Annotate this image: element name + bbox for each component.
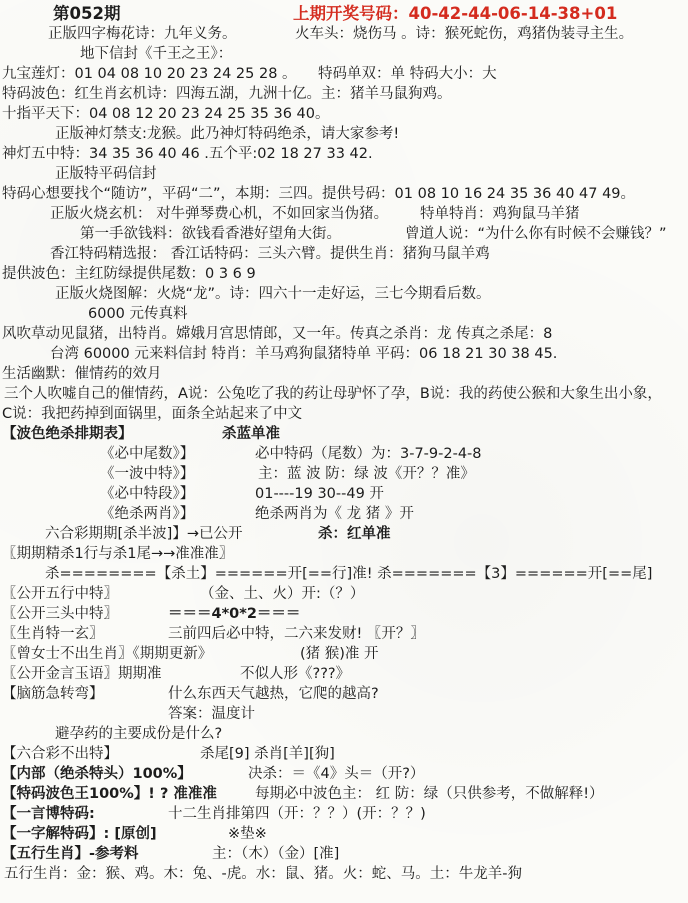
one-wave-line: 《一波中特》】主：蓝 波 防：绿 波《开？？准》 xyxy=(0,464,688,484)
one-word-special-line: 【一言博特码:十二生肖排第四（开：？？）(开：？？) xyxy=(0,804,688,824)
xiangjiang-report-text: 香江特码精选报： 香江话特码：三头六臂。提供生肖：猪狗马鼠羊鸡 xyxy=(50,244,490,264)
three-heads-line: 〖公开三头中特〗＝＝＝4*0*2＝＝＝ xyxy=(0,604,688,624)
humor-title-line: 生活幽默：催情药的效月 xyxy=(0,364,688,384)
taiwan-envelope-line: 台湾 60000 元来料信封 特肖：羊马鸡狗鼠猪特单 平码：06 18 21 3… xyxy=(0,344,688,364)
magic-lamp-ban-text: 正版神灯禁支:龙猴。此乃神灯特码绝杀，请大家参考! xyxy=(55,124,399,144)
one-word-decode-line: 【一字解特码】: [原创]※垫※ xyxy=(0,824,688,844)
lottery-tip-sheet: 第052期上期开奖号码：40-42-44-06-14-38+01正版四字梅花诗：… xyxy=(0,0,688,903)
taiwan-envelope-text: 台湾 60000 元来料信封 特肖：羊马鸡狗鼠猪特单 平码：06 18 21 3… xyxy=(50,344,557,364)
kill-two-zodiac-value: 绝杀两肖为《 龙 猪 》开 xyxy=(255,504,414,524)
fire-diagram-text: 正版火烧图解：火烧“龙”。诗：四六十一走好运，三七今期看后数。 xyxy=(55,284,491,304)
special-segment-value: 01----19 30--49 开 xyxy=(255,484,384,504)
no-special-value: 杀尾[9] 杀肖[羊][狗] xyxy=(200,744,335,764)
humor-joke-text-2: C说：我把药掉到面锅里，面条全站起来了中文 xyxy=(2,404,302,424)
brain-teaser-question: 什么东西天气越热，它爬的越高? xyxy=(168,684,379,704)
kill-two-zodiac-label: 《绝杀两肖》】 xyxy=(100,504,194,524)
ten-fingers-line: 十指平天下：04 08 12 20 23 24 25 35 36 40。 xyxy=(0,104,688,124)
train-head-poem: 火车头：烧伤马 。诗：猴死蛇伤，鸡猪伪装寻主生。 xyxy=(295,24,633,44)
provide-wave-line: 提供波色：主红防绿提供尾数：0 3 6 9 xyxy=(0,264,688,284)
zodiac-mystery-line: 〖生肖特一玄〗三前四后必中特，二六来发财! 〖开？〗 xyxy=(0,624,688,644)
plum-poem-text: 正版四字梅花诗：九年义务。 xyxy=(48,24,237,44)
brain-teaser-answer: 答案：温度计 xyxy=(168,704,255,724)
internal-kill-label: 【内部（绝杀特头）100%】 xyxy=(2,764,192,784)
five-elements-value: （金、土、火）开:（？） xyxy=(200,584,364,604)
kill-two-zodiac-line: 《绝杀两肖》】绝杀两肖为《 龙 猪 》开 xyxy=(0,504,688,524)
must-hit-tails-line: 《必中尾数》】必中特码（尾数）为：3-7-9-2-4-8 xyxy=(0,444,688,464)
issue-number: 第052期 xyxy=(53,4,120,24)
wave-kill-table-title: 【波色绝杀排期表】 xyxy=(2,424,133,444)
five-element-zodiac-label: 【五行生肖】-参考料 xyxy=(2,844,139,864)
one-word-decode-label: 【一字解特码】: [原创] xyxy=(2,824,157,844)
flat-code-numbers: 特码心想要找个“随访”，平码“二”，本期：三四。提供号码：01 08 10 16… xyxy=(2,184,635,204)
golden-words-label: 〖公开金言玉语〗期期准 xyxy=(2,664,162,684)
flat-code-envelope-title: 正版特平码信封 xyxy=(0,164,688,184)
wave-color-king-label: 【特码波色王100%】! ? 准准准 xyxy=(2,784,217,804)
humor-joke-text-1: 三个人吹嘘自己的催情药，A说：公兔吃了我的药让母驴怀了孕，B说：我的药使公猴和大… xyxy=(4,384,662,404)
internal-kill-value: 决杀：＝《4》头＝（开?） xyxy=(248,764,424,784)
half-wave-label: 六合彩期期[杀半波]】→已公开 xyxy=(45,524,242,544)
humor-joke-line-1: 三个人吹嘘自己的催情药，A说：公兔吃了我的药让母驴怀了孕，B说：我的药使公猴和大… xyxy=(0,384,688,404)
humor-joke-line-2: C说：我把药掉到面锅里，面条全站起来了中文 xyxy=(0,404,688,424)
plum-poem-line: 正版四字梅花诗：九年义务。火车头：烧伤马 。诗：猴死蛇伤，鸡猪伪装寻主生。 xyxy=(0,24,688,44)
fire-diagram-line: 正版火烧图解：火烧“龙”。诗：四六十一走好运，三七今期看后数。 xyxy=(0,284,688,304)
ms-zeng-value: (猪 猴)准 开 xyxy=(300,644,379,664)
three-heads-label: 〖公开三头中特〗 xyxy=(2,604,118,624)
brain-teaser-label: 【脑筋急转弯】 xyxy=(2,684,104,704)
five-elements-label: 〖公开五行中特〗 xyxy=(2,584,118,604)
fire-mystery-line: 正版火烧玄机： 对牛弹琴费心机，不如回家当伪猪。特单特肖：鸡狗鼠马羊猪 xyxy=(0,204,688,224)
one-wave-value: 主：蓝 波 防：绿 波《开？？准》 xyxy=(258,464,475,484)
fire-mystery-zodiac: 特单特肖：鸡狗鼠马羊猪 xyxy=(420,204,580,224)
zodiac-mystery-label: 〖生肖特一玄〗 xyxy=(2,624,104,644)
special-segment-line: 《必中特段》】01----19 30--49 开 xyxy=(0,484,688,504)
flat-code-envelope-text: 正版特平码信封 xyxy=(55,164,157,184)
half-wave-line: 六合彩期期[杀半波]】→已公开杀：红单准 xyxy=(0,524,688,544)
wave-color-king-line: 【特码波色王100%】! ? 准准准每期必中波色主： 红 防：绿（只供参考，不做… xyxy=(0,784,688,804)
internal-kill-line: 【内部（绝杀特头）100%】决杀：＝《4》头＝（开?） xyxy=(0,764,688,784)
wave-color-poem-text: 特码波色：红生肖玄机诗：四海五湖，九洲十亿。主：猪羊马鼠狗鸡。 xyxy=(2,84,452,104)
magic-lamp-five-numbers: 神灯五中特：34 35 36 40 46 .五个平:02 18 27 33 42… xyxy=(2,144,373,164)
nine-treasure-lamp-line: 九宝莲灯：01 04 08 10 20 23 24 25 28 。特码单双：单 … xyxy=(0,64,688,84)
underground-envelope-text: 地下信封《千王之王》： xyxy=(80,44,232,64)
fax-kill-text: 风吹草动见鼠猪，出特肖。嫦娥月宫思情郎，又一年。传真之杀肖：龙 传真之杀尾：8 xyxy=(2,324,552,344)
fax-kill-line: 风吹草动见鼠猪，出特肖。嫦娥月宫思情郎，又一年。传真之杀肖：龙 传真之杀尾：8 xyxy=(0,324,688,344)
five-elements-line: 〖公开五行中特〗（金、土、火）开:（？） xyxy=(0,584,688,604)
must-hit-tails-label: 《必中尾数》】 xyxy=(100,444,194,464)
magic-lamp-ban-line: 正版神灯禁支:龙猴。此乃神灯特码绝杀，请大家参考! xyxy=(0,124,688,144)
underground-envelope-line: 地下信封《千王之王》： xyxy=(0,44,688,64)
xiangjiang-report-line: 香江特码精选报： 香江话特码：三头六臂。提供生肖：猪狗马鼠羊鸡 xyxy=(0,244,688,264)
riddle-line: 避孕药的主要成份是什么? xyxy=(0,724,688,744)
zodiac-mystery-value: 三前四后必中特，二六来发财! 〖开？〗 xyxy=(168,624,425,644)
kill-row-text: 杀========【杀土】======开[==行]准! 杀=======【3】=… xyxy=(45,564,652,584)
ms-zeng-line: 〖曾女士不出生肖〗《期期更新》(猪 猴)准 开 xyxy=(0,644,688,664)
one-wave-label: 《一波中特》】 xyxy=(100,464,194,484)
wave-kill-table-title-line: 【波色绝杀排期表】杀蓝单准 xyxy=(0,424,688,444)
ms-zeng-label: 〖曾女士不出生肖〗《期期更新》 xyxy=(2,644,212,664)
first-hand-money-line: 第一手欲钱料：欲钱看香港好望角大街。曾道人说：“为什么你有时候不会赚钱？” xyxy=(0,224,688,244)
fax-fee-line: 6000 元传真料 xyxy=(0,304,688,324)
kill-red-label: 杀：红单准 xyxy=(318,524,391,544)
provide-wave-text: 提供波色：主红防绿提供尾数：0 3 6 9 xyxy=(2,264,256,284)
brain-teaser-line: 【脑筋急转弯】什么东西天气越热，它爬的越高? xyxy=(0,684,688,704)
last-draw-numbers: 上期开奖号码：40-42-44-06-14-38+01 xyxy=(293,4,617,24)
magic-lamp-five-line: 神灯五中特：34 35 36 40 46 .五个平:02 18 27 33 42… xyxy=(0,144,688,164)
riddle-question: 避孕药的主要成份是什么? xyxy=(55,724,222,744)
golden-words-line: 〖公开金言玉语〗期期准不似人形《???》 xyxy=(0,664,688,684)
humor-title-text: 生活幽默：催情药的效月 xyxy=(2,364,162,384)
one-word-special-value: 十二生肖排第四（开：？？）(开：？？) xyxy=(168,804,426,824)
five-element-zodiac-line: 【五行生肖】-参考料主：（木）（金）[准] xyxy=(0,844,688,864)
precise-kill-title-line: 〖期期精杀1行与杀1尾→→准准准〗 xyxy=(0,544,688,564)
special-segment-label: 《必中特段》】 xyxy=(100,484,194,504)
fax-fee-text: 6000 元传真料 xyxy=(88,304,188,324)
no-special-line: 【六合彩不出特】杀尾[9] 杀肖[羊][狗] xyxy=(0,744,688,764)
one-word-decode-value: ※垫※ xyxy=(228,824,267,844)
brain-teaser-answer-line: 答案：温度计 xyxy=(0,704,688,724)
flat-code-line: 特码心想要找个“随访”，平码“二”，本期：三四。提供号码：01 08 10 16… xyxy=(0,184,688,204)
fire-mystery-text: 正版火烧玄机： 对牛弹琴费心机，不如回家当伪猪。 xyxy=(50,204,388,224)
golden-words-value: 不似人形《???》 xyxy=(240,664,350,684)
five-element-zodiac-detail: 五行生肖：金：猴、鸡。木：兔、-虎。水：鼠、猪。火：蛇、马。土：牛龙羊-狗 xyxy=(4,864,522,884)
zengdaoren-quote: 曾道人说：“为什么你有时候不会赚钱？” xyxy=(405,224,667,244)
wave-color-king-value: 每期必中波色主： 红 防：绿（只供参考，不做解释!） xyxy=(255,784,604,804)
five-element-zodiac-value: 主：（木）（金）[准] xyxy=(212,844,339,864)
must-hit-tails-value: 必中特码（尾数）为：3-7-9-2-4-8 xyxy=(255,444,482,464)
ten-fingers-numbers: 十指平天下：04 08 12 20 23 24 25 35 36 40。 xyxy=(2,104,330,124)
three-heads-value: ＝＝＝4*0*2＝＝＝ xyxy=(168,604,300,624)
no-special-label: 【六合彩不出特】 xyxy=(2,744,118,764)
odd-even-big-small: 特码单双：单 特码大小：大 xyxy=(318,64,497,84)
nine-treasure-numbers: 九宝莲灯：01 04 08 10 20 23 24 25 28 。 xyxy=(2,64,297,84)
one-word-special-label: 【一言博特码: xyxy=(2,804,95,824)
header-line: 第052期上期开奖号码：40-42-44-06-14-38+01 xyxy=(0,4,688,24)
wave-color-poem-line: 特码波色：红生肖玄机诗：四海五湖，九洲十亿。主：猪羊马鼠狗鸡。 xyxy=(0,84,688,104)
kill-row-line: 杀========【杀土】======开[==行]准! 杀=======【3】=… xyxy=(0,564,688,584)
five-element-zodiac-detail-line: 五行生肖：金：猴、鸡。木：兔、-虎。水：鼠、猪。火：蛇、马。土：牛龙羊-狗 xyxy=(0,864,688,884)
first-hand-money-text: 第一手欲钱料：欲钱看香港好望角大街。 xyxy=(80,224,341,244)
kill-blue-label: 杀蓝单准 xyxy=(222,424,280,444)
precise-kill-title: 〖期期精杀1行与杀1尾→→准准准〗 xyxy=(2,544,233,564)
